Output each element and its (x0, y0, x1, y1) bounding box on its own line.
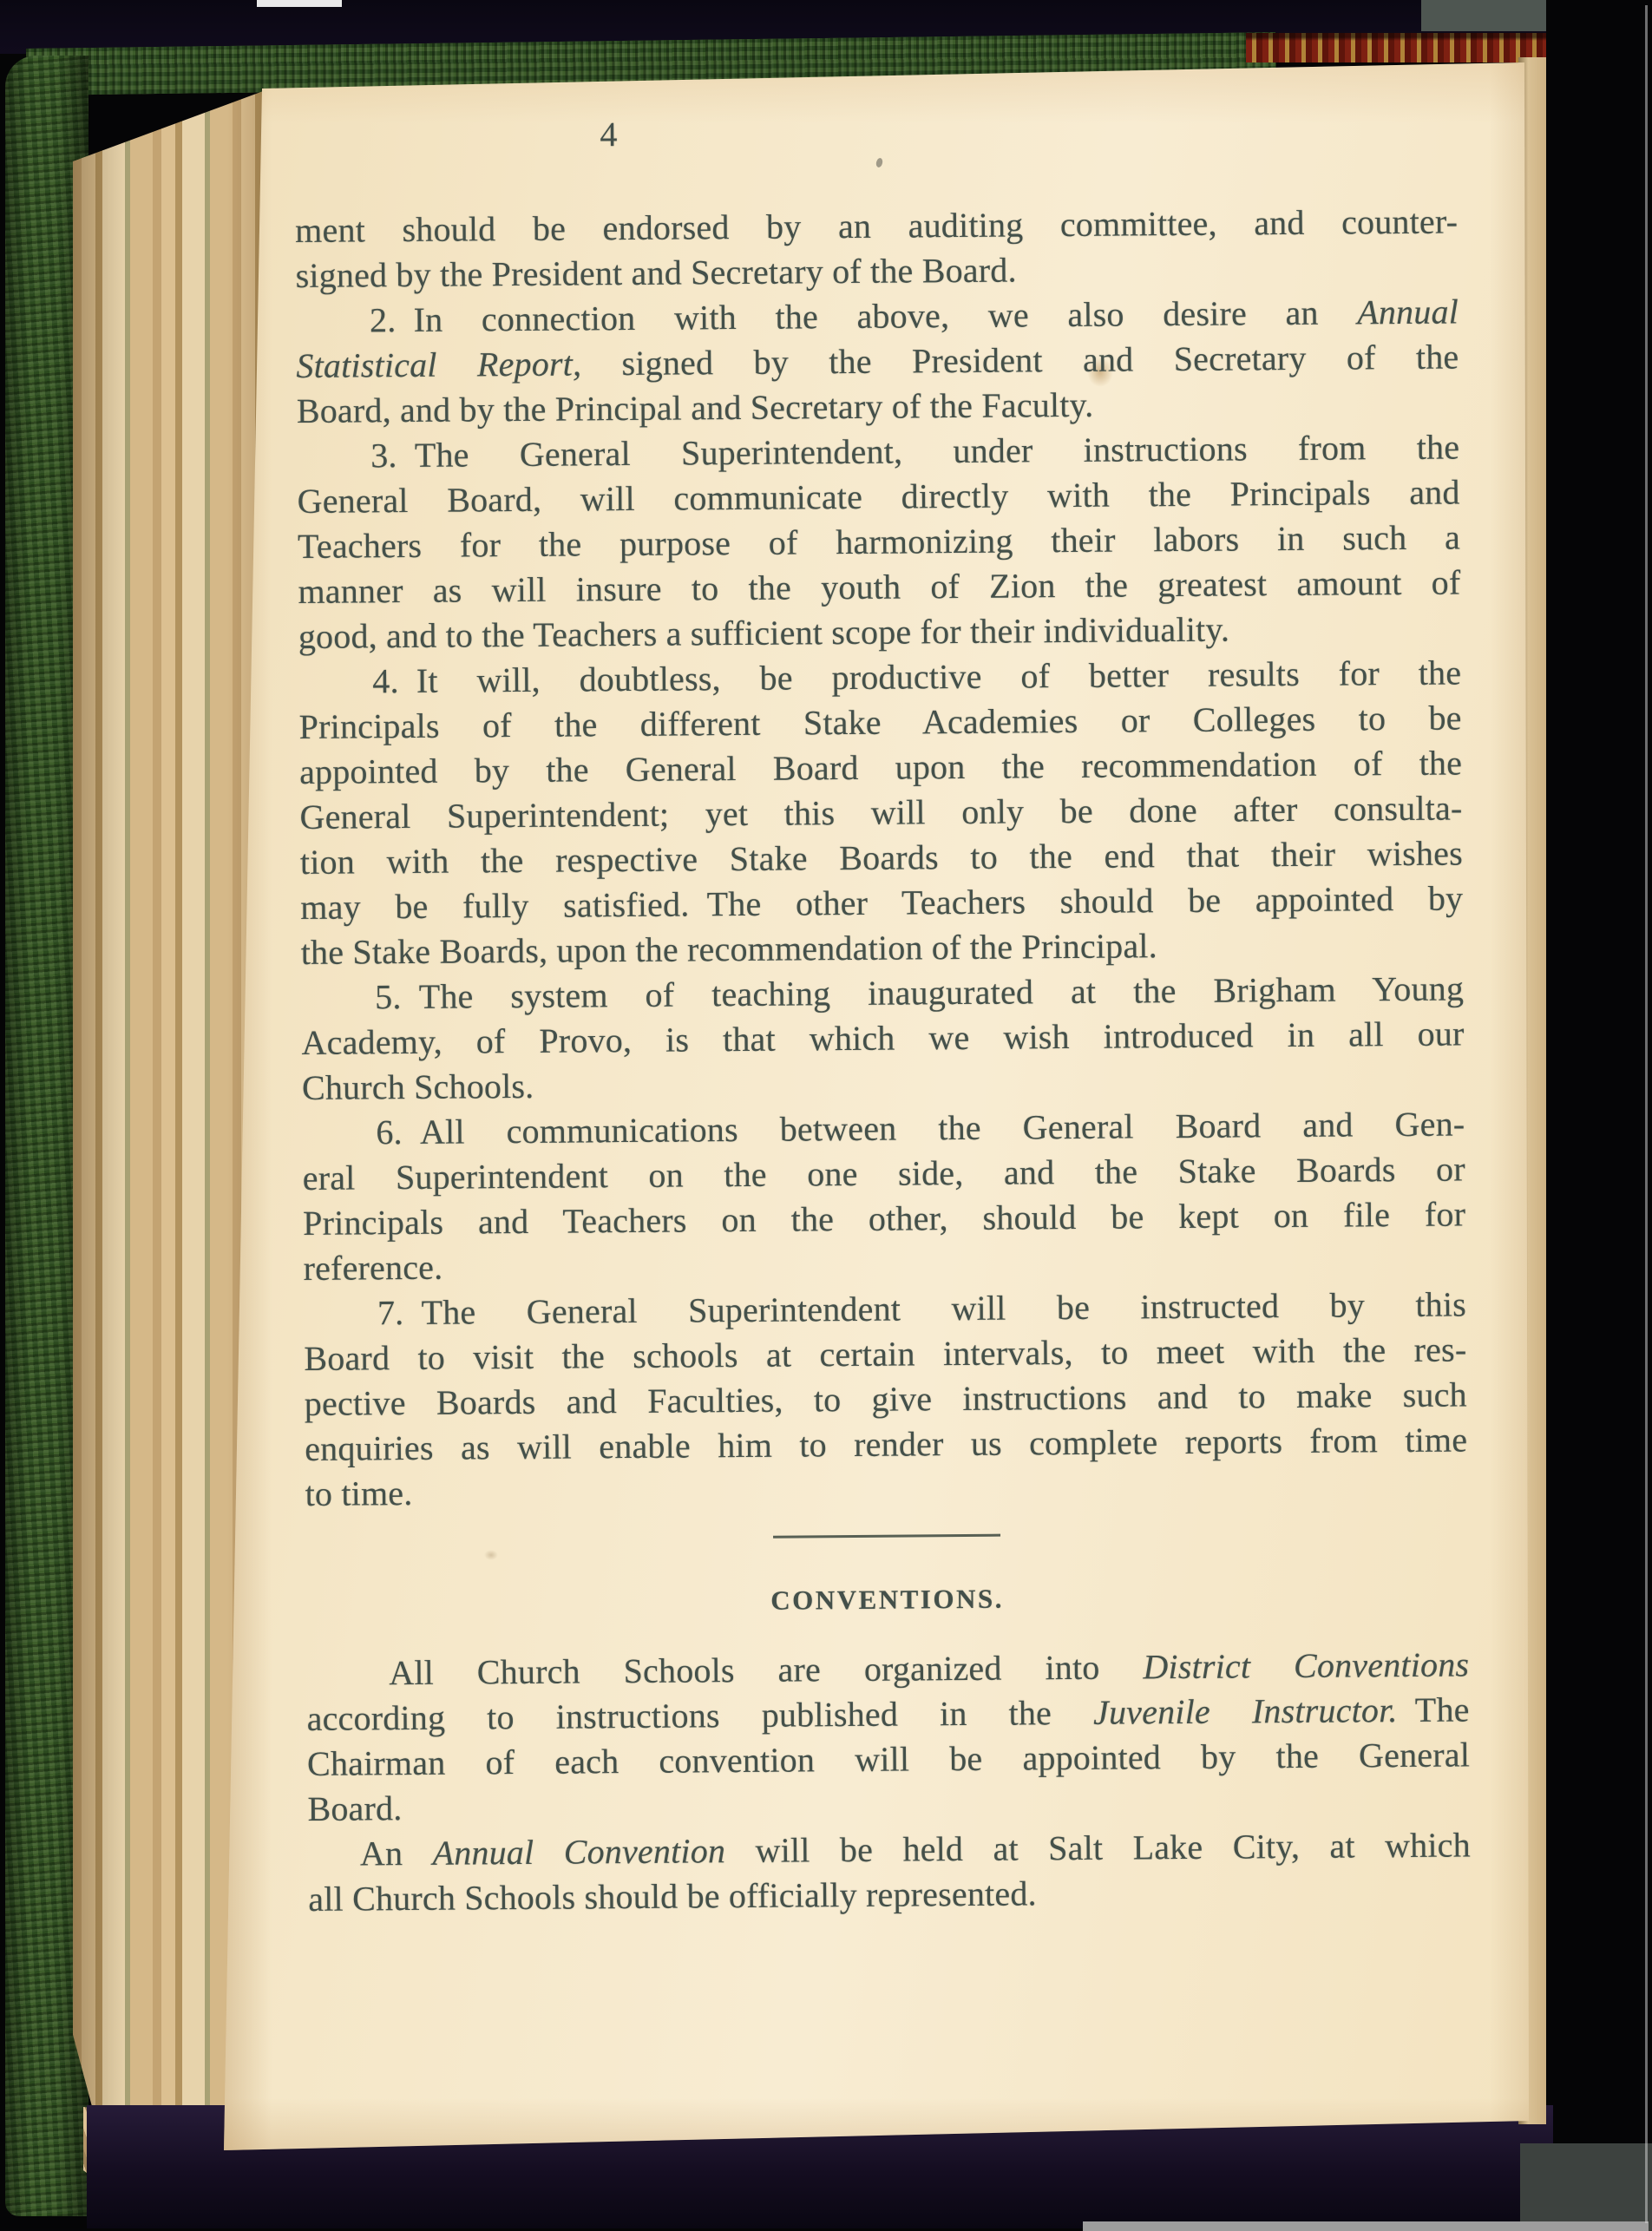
page-text: 4 ment should be endorsed by an auditing… (295, 199, 1471, 1921)
italic-text-segment: Juvenile Instructor. (1093, 1690, 1398, 1732)
text-segment: reference. (303, 1248, 442, 1288)
conventions-text-block: All Church Schools are organized into Di… (306, 1642, 1471, 1922)
text-line: Academy, of Provo, is that which we wish… (301, 1011, 1464, 1066)
italic-text-segment: Annual Convention (432, 1831, 725, 1873)
text-segment: All Church Schools are organized into (389, 1647, 1143, 1692)
text-line: An Annual Convention will be held at Sal… (308, 1822, 1471, 1877)
text-segment: 6. All communications between the Genera… (376, 1104, 1465, 1152)
text-segment: pective Boards and Faculties, to give in… (305, 1375, 1467, 1423)
text-segment: General Superintendent; yet this will on… (299, 788, 1462, 837)
section-heading: CONVENTIONS. (305, 1576, 1468, 1624)
text-segment: 4. It will, doubtless, be productive of … (372, 653, 1461, 700)
text-segment: 7. The General Superintendent will be in… (377, 1284, 1466, 1332)
main-text-block: ment should be endorsed by an auditing c… (295, 199, 1468, 1516)
italic-text-segment: District Conventions (1143, 1644, 1469, 1686)
scan-edge-sliver (257, 0, 342, 7)
text-segment: all Church Schools should be officially … (308, 1873, 1037, 1919)
text-line: Chairman of each convention will be appo… (307, 1732, 1470, 1787)
italic-text-segment: Annual (1357, 292, 1459, 331)
text-line: Statistical Report, signed by the Presid… (296, 334, 1459, 389)
bottom-right-frame-box (1520, 2143, 1652, 2231)
text-line: enquiries as will enable him to render u… (305, 1417, 1467, 1472)
text-line: manner as will insure to the youth of Zi… (298, 560, 1460, 614)
text-segment: Teachers for the purpose of harmonizing … (298, 517, 1460, 566)
text-segment: good, and to the Teachers a sufficient s… (298, 610, 1230, 656)
text-segment: General Board, will communicate directly… (297, 472, 1459, 521)
text-segment: Chairman of each convention will be appo… (307, 1735, 1470, 1783)
text-segment: enquiries as will enable him to render u… (305, 1420, 1467, 1468)
top-right-frame-box (1421, 0, 1546, 31)
text-segment: manner as will insure to the youth of Zi… (298, 562, 1460, 611)
text-segment: to time. (305, 1473, 412, 1513)
text-segment: 3. The General Superintendent, under ins… (370, 427, 1459, 475)
text-segment: tion with the respective Stake Boards to… (300, 833, 1463, 882)
book-headband (1246, 33, 1546, 62)
text-segment: the Stake Boards, upon the recommendatio… (301, 926, 1157, 972)
text-segment: An (360, 1834, 433, 1873)
text-segment: may be fully satisfied. The other Teache… (300, 878, 1463, 927)
text-segment: ment should be endorsed by an auditing c… (295, 201, 1458, 250)
text-segment: Church Schools. (302, 1066, 534, 1107)
text-line: all Church Schools should be officially … (308, 1867, 1471, 1922)
text-segment: Academy, of Provo, is that which we wish… (301, 1014, 1464, 1062)
text-segment: eral Superintendent on the one side, and… (303, 1149, 1465, 1198)
text-segment: Principals and Teachers on the other, sh… (303, 1194, 1465, 1243)
book-page: 4 ment should be endorsed by an auditing… (224, 62, 1529, 2150)
text-line: to time. (305, 1462, 1467, 1517)
book-photo: 4 ment should be endorsed by an auditing… (0, 0, 1652, 2231)
text-segment: 2. In connection with the above, we also… (370, 292, 1358, 339)
scan-right-hairline (1645, 5, 1648, 2223)
text-line: may be fully satisfied. The other Teache… (300, 876, 1463, 930)
text-segment: signed by the President and Secretary of… (581, 337, 1459, 383)
text-segment: according to instructions published in t… (306, 1693, 1093, 1738)
text-segment: Board. (307, 1788, 402, 1828)
text-segment: Board to visit the schools at certain in… (304, 1329, 1466, 1378)
text-line: Principals and Teachers on the other, sh… (303, 1191, 1465, 1246)
section-divider (773, 1534, 1000, 1539)
bottom-edge-strip (1083, 2221, 1649, 2231)
text-segment: will be held at Salt Lake City, at which (725, 1825, 1471, 1870)
page-number: 4 (600, 115, 617, 154)
paper-speck (875, 157, 883, 167)
text-segment: 5. The system of teaching inaugurated at… (375, 968, 1464, 1016)
text-line: ment should be endorsed by an auditing c… (295, 199, 1458, 253)
italic-text-segment: Statistical Report, (296, 344, 581, 385)
text-segment: Principals of the different Stake Academ… (299, 698, 1462, 746)
text-segment: signed by the President and Secretary of… (295, 250, 1016, 295)
text-segment: The (1397, 1690, 1469, 1729)
text-segment: appointed by the General Board upon the … (299, 743, 1462, 791)
text-segment: Board, and by the Principal and Secretar… (297, 385, 1094, 430)
